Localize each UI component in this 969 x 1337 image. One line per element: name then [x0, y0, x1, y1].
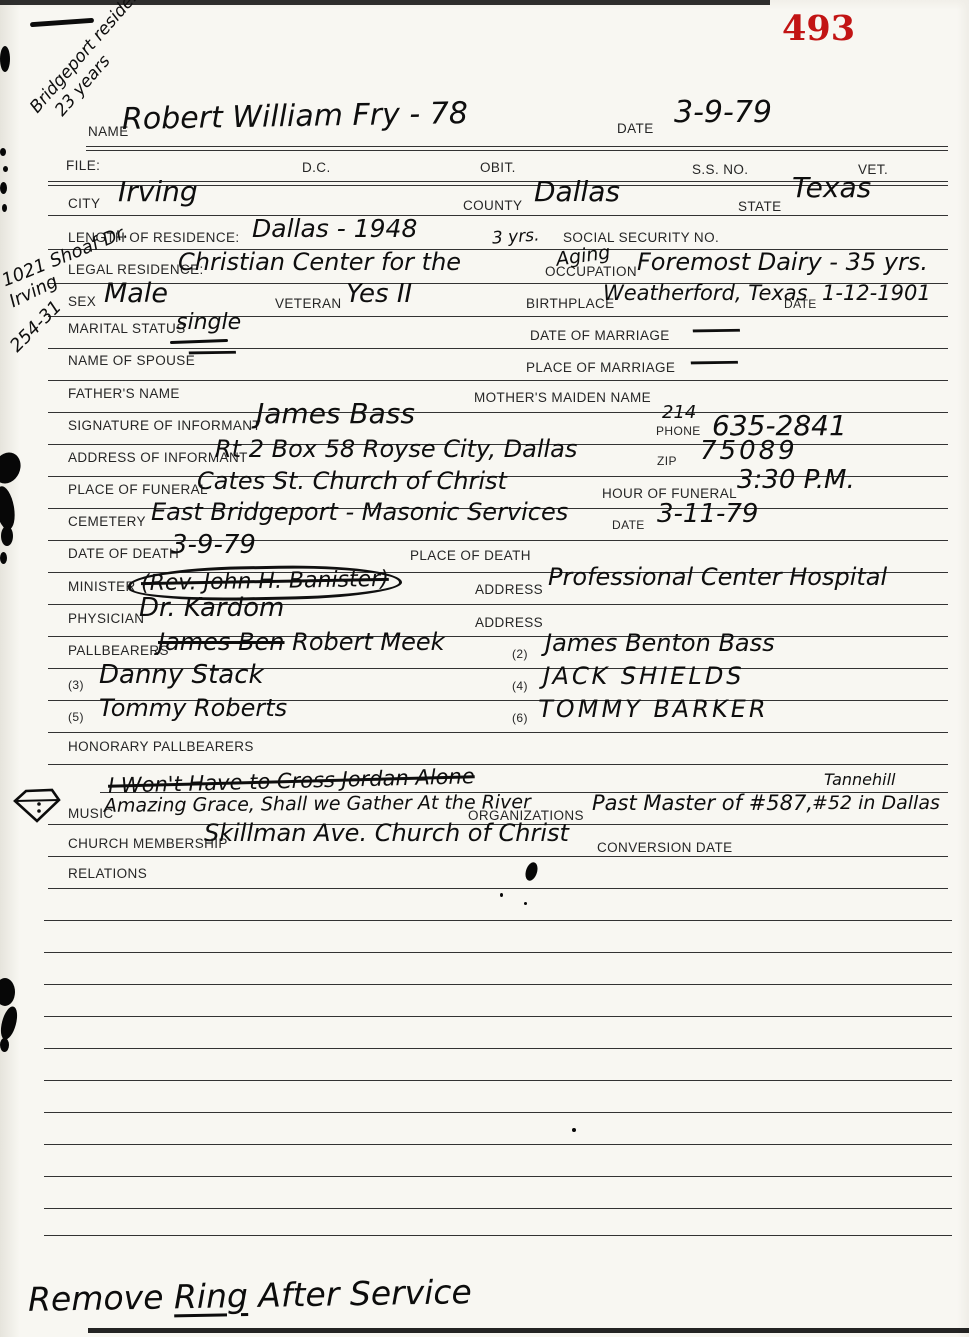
pallbearer1-value: James Ben Robert Meek: [158, 630, 445, 654]
rule-line: [48, 380, 948, 381]
pallbearer6-value: TOMMY BARKER: [536, 697, 771, 721]
torn-edge-mark: [1, 526, 13, 546]
rule-line: [44, 1208, 952, 1209]
marital-status-label: MARITAL STATUS: [68, 321, 186, 336]
place-of-marriage-label: PLACE OF MARRIAGE: [526, 360, 675, 375]
phone-area-code: 214: [662, 404, 696, 422]
zip-label: ZIP: [657, 454, 677, 468]
church-membership-value: Skillman Ave. Church of Christ: [204, 821, 569, 845]
ink-blot: [523, 861, 539, 882]
ink-speck: [572, 1128, 576, 1132]
date-of-death-value: 3-9-79: [171, 532, 256, 558]
residence-years-note: 3 yrs.: [491, 227, 540, 247]
date-value: 3-9-79: [674, 98, 772, 128]
torn-edge-mark: [0, 1005, 20, 1041]
physician-label: PHYSICIAN: [68, 611, 144, 626]
legal-residence-value: Christian Center for the: [178, 250, 461, 274]
conversion-date-label: CONVERSION DATE: [597, 840, 733, 855]
zip-value: 75089: [700, 438, 798, 464]
place-of-marriage-dash: —: [687, 351, 742, 374]
honorary-pallbearers-label: HONORARY PALLBEARERS: [68, 739, 254, 754]
rule-line: [44, 1112, 952, 1113]
county-label: COUNTY: [463, 198, 522, 213]
veteran-value: Yes II: [346, 281, 412, 307]
pallbearer5-value: Tommy Roberts: [99, 696, 287, 720]
pallbearer6-number: (6): [512, 711, 528, 725]
pallbearer1-struck-text: James Ben: [158, 628, 285, 656]
fathers-name-label: FATHER'S NAME: [68, 386, 180, 401]
scan-bottom-edge: [88, 1328, 969, 1333]
torn-edge-mark: [0, 1038, 9, 1052]
pallbearer3-value: Danny Stack: [99, 662, 264, 688]
funeral-record-card: 493 document.currentScript.previousEleme…: [0, 0, 969, 1337]
state-label: STATE: [738, 199, 782, 214]
pallbearer3-number: (3): [68, 678, 84, 692]
torn-edge-mark: [0, 978, 15, 1006]
informant-label: SIGNATURE OF INFORMANT: [68, 418, 261, 433]
ssno-label: S.S. NO.: [692, 162, 748, 177]
pallbearer1-name: Robert Meek: [292, 628, 444, 656]
burial-date-label: DATE: [612, 518, 645, 532]
state-value: Texas: [792, 174, 871, 202]
ink-speck: [524, 902, 527, 905]
dc-label: D.C.: [302, 160, 331, 175]
date-of-marriage-label: DATE OF MARRIAGE: [530, 328, 670, 343]
rule-line: [48, 764, 948, 765]
torn-edge-mark: [0, 46, 10, 72]
diamond-doodle: [12, 788, 62, 824]
rule-line: [44, 1235, 952, 1236]
torn-edge-mark: [0, 485, 18, 531]
rule-line: [48, 856, 948, 857]
veteran-label: VETERAN: [275, 296, 342, 311]
rule-line: [86, 146, 948, 147]
rule-line: [48, 283, 948, 284]
hour-of-funeral-value: 3:30 P.M.: [737, 467, 855, 493]
sex-value: Male: [104, 280, 168, 307]
footer-handwritten-note: Remove Ring After Service: [28, 1272, 472, 1319]
occupation-value: Foremost Dairy - 35 yrs.: [637, 250, 928, 274]
organizations-note: Tannehill: [824, 772, 896, 788]
physician-value: Dr. Kardom: [139, 595, 284, 621]
torn-edge-mark: [0, 148, 6, 156]
pallbearer4-value: JACK SHIELDS: [540, 664, 746, 688]
minister-address-value: Professional Center Hospital: [548, 565, 887, 589]
name-of-spouse-label: NAME OF SPOUSE: [68, 353, 195, 368]
page-number-stamp: 493: [782, 8, 855, 49]
torn-edge-mark: [3, 166, 8, 172]
rule-line: [44, 1080, 952, 1081]
place-of-death-label: PLACE OF DEATH: [410, 548, 531, 563]
torn-edge-mark: [2, 204, 7, 212]
rule-line: [48, 888, 948, 889]
rule-line: [44, 1144, 952, 1145]
torn-edge-mark: [0, 182, 7, 194]
pallbearer5-number: (5): [68, 710, 84, 724]
footer-note-post: After Service: [248, 1272, 473, 1315]
rule-line: [44, 920, 952, 921]
obit-label: OBIT.: [480, 160, 516, 175]
minister-address-label: ADDRESS: [475, 582, 543, 597]
rule-line: [44, 1048, 952, 1049]
torn-edge-mark: [0, 448, 26, 488]
date-of-death-label: DATE OF DEATH: [68, 546, 179, 561]
burial-date-value: 3-11-79: [657, 501, 758, 527]
birthdate-value: 1-12-1901: [822, 283, 931, 304]
rule-line: [44, 1016, 952, 1017]
name-of-spouse-dash: —: [185, 341, 240, 364]
sex-label: SEX: [68, 294, 96, 309]
place-of-funeral-label: PLACE OF FUNERAL: [68, 482, 208, 497]
music-value: Amazing Grace, Shall we Gather At the Ri…: [104, 793, 531, 816]
file-label: FILE:: [66, 158, 100, 173]
organizations-value: Past Master of #587,: [592, 793, 813, 814]
rule-line: [48, 732, 948, 733]
city-value: Irving: [118, 178, 198, 206]
birthplace-label: BIRTHPLACE: [526, 296, 615, 311]
place-of-funeral-value: Cates St. Church of Christ: [197, 469, 507, 493]
physician-address-label: ADDRESS: [475, 615, 543, 630]
pallbearer2-number: (2): [512, 647, 528, 661]
ink-speck: [500, 893, 503, 897]
cemetery-value: East Bridgeport - Masonic Services: [151, 500, 568, 524]
social-security-label: SOCIAL SECURITY NO.: [563, 230, 719, 245]
marital-status-value: single: [176, 312, 241, 334]
organizations-value2: #52 in Dallas: [812, 794, 940, 813]
informant-value: James Bass: [256, 400, 415, 428]
mothers-maiden-name-label: MOTHER'S MAIDEN NAME: [474, 390, 651, 405]
city-label: CITY: [68, 196, 100, 211]
rule-line: [44, 984, 952, 985]
relations-label: RELATIONS: [68, 866, 147, 881]
pallbearers-label: PALLBEARERS: [68, 643, 169, 658]
rule-line: [48, 215, 948, 216]
name-value: Robert William Fry - 78: [122, 99, 468, 135]
phone-label: PHONE: [656, 424, 701, 438]
county-value: Dallas: [534, 178, 620, 206]
rule-line: [48, 348, 948, 349]
rule-line: [44, 952, 952, 953]
footer-note-ring: Ring: [174, 1276, 249, 1316]
informant-address-value: Rt 2 Box 58 Royse City, Dallas: [215, 437, 577, 461]
minister-label: MINISTER: [68, 579, 136, 594]
date-of-marriage-dash: —: [689, 319, 744, 342]
pen-dash-doodle: [30, 18, 94, 27]
length-of-residence-value: Dallas - 1948: [252, 216, 417, 241]
pallbearer2-value: James Benton Bass: [545, 631, 775, 655]
birthplace-value: Weatherford, Texas: [603, 283, 808, 304]
cemetery-label: CEMETERY: [68, 514, 146, 529]
date-label: DATE: [617, 121, 654, 136]
rule-line: [44, 1176, 952, 1177]
footer-note-pre: Remove: [28, 1277, 175, 1319]
torn-edge-mark: [0, 552, 7, 564]
pallbearer4-number: (4): [512, 679, 528, 693]
